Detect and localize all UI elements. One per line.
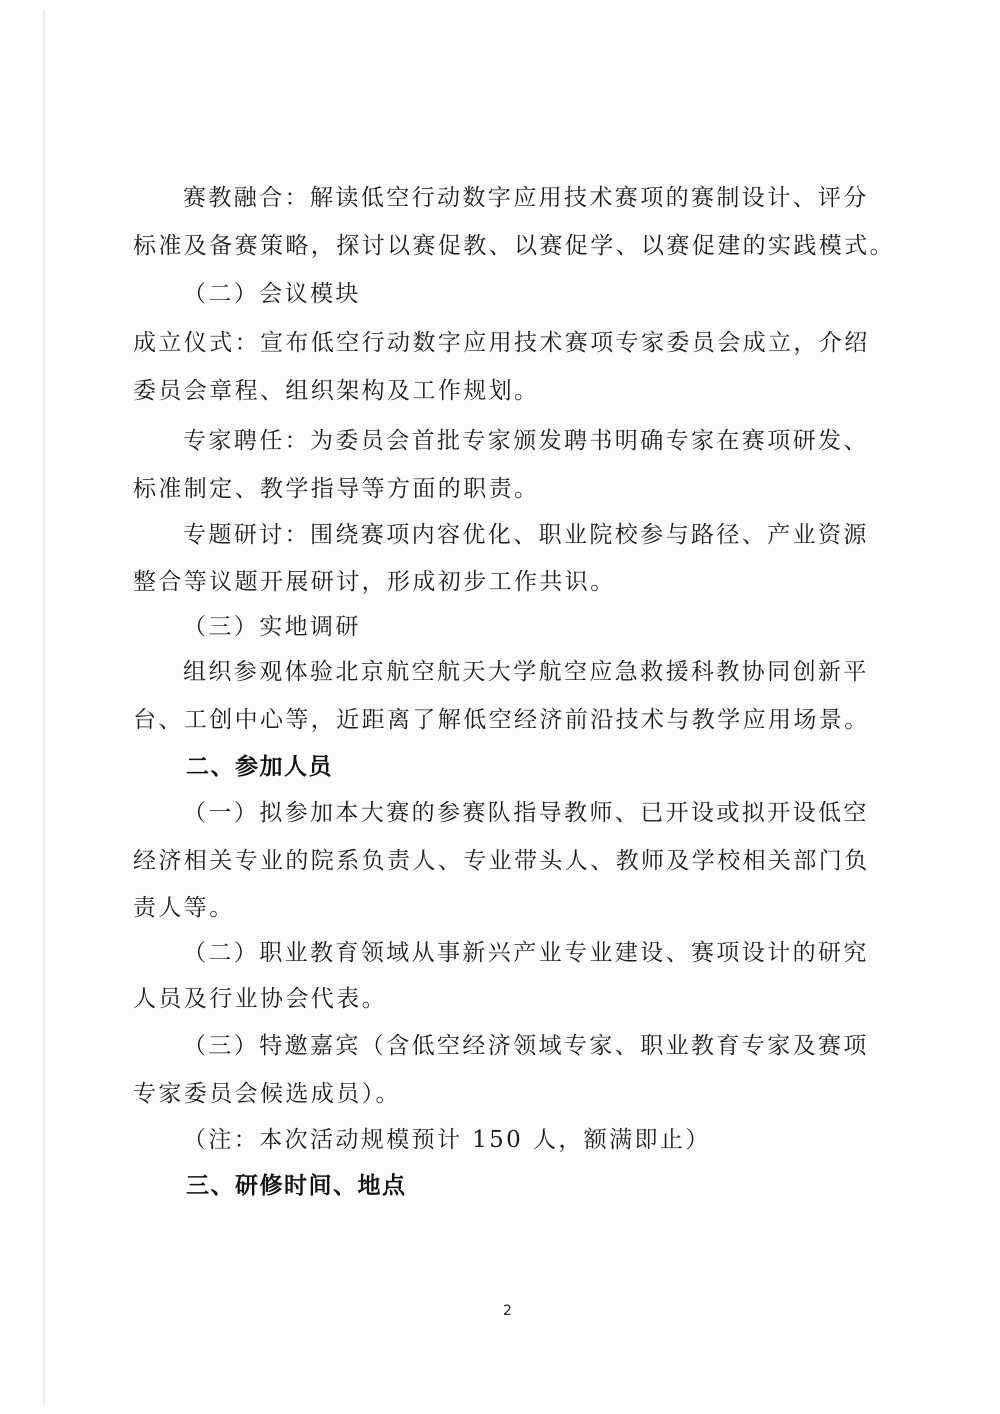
text-line: 组织参观体验北京航空航天大学航空应急救援科教协同创新平 <box>183 655 869 689</box>
text-line: 人员及行业协会代表。 <box>133 982 387 1016</box>
page-number: 2 <box>503 1303 512 1319</box>
text-line: 赛教融合：解读低空行动数字应用技术赛项的赛制设计、评分 <box>183 181 869 215</box>
scan-edge-line <box>43 10 45 1405</box>
section-subheading: （三）实地调研 <box>183 610 361 644</box>
text-line: 标准及备赛策略，探讨以赛促教、以赛促学、以赛促建的实践模式。 <box>133 229 895 263</box>
text-line: 标准制定、教学指导等方面的职责。 <box>133 472 539 506</box>
text-line: （三）特邀嘉宾（含低空经济领域专家、职业教育专家及赛项 <box>183 1029 869 1063</box>
text-line: 专家聘任：为委员会首批专家颁发聘书明确专家在赛项研发、 <box>183 424 869 458</box>
text-line: 整合等议题开展研讨，形成初步工作共识。 <box>133 565 616 599</box>
text-line: 委员会章程、组织架构及工作规划。 <box>133 374 539 408</box>
section-heading: 三、研修时间、地点 <box>186 1169 407 1203</box>
text-line: 经济相关专业的院系负责人、专业带头人、教师及学校相关部门负 <box>133 844 870 878</box>
text-line: 专题研讨：围绕赛项内容优化、职业院校参与路径、产业资源 <box>183 518 869 552</box>
section-subheading: （二）会议模块 <box>183 277 361 311</box>
text-line: （一）拟参加本大赛的参赛队指导教师、已开设或拟开设低空 <box>183 796 869 830</box>
text-line: 成立仪式：宣布低空行动数字应用技术赛项专家委员会成立，介绍 <box>133 326 870 360</box>
section-heading: 二、参加人员 <box>186 750 333 784</box>
note-line: （注：本次活动规模预计 150 人，额满即止） <box>183 1123 711 1157</box>
document-page: 赛教融合：解读低空行动数字应用技术赛项的赛制设计、评分 标准及备赛策略，探讨以赛… <box>0 0 1000 1414</box>
text-line: 台、工创中心等，近距离了解低空经济前沿技术与教学应用场景。 <box>133 703 870 737</box>
text-line: 专家委员会候选成员）。 <box>133 1077 401 1111</box>
text-line: 责人等。 <box>133 891 235 925</box>
text-line: （二）职业教育领域从事新兴产业专业建设、赛项设计的研究 <box>183 936 869 970</box>
